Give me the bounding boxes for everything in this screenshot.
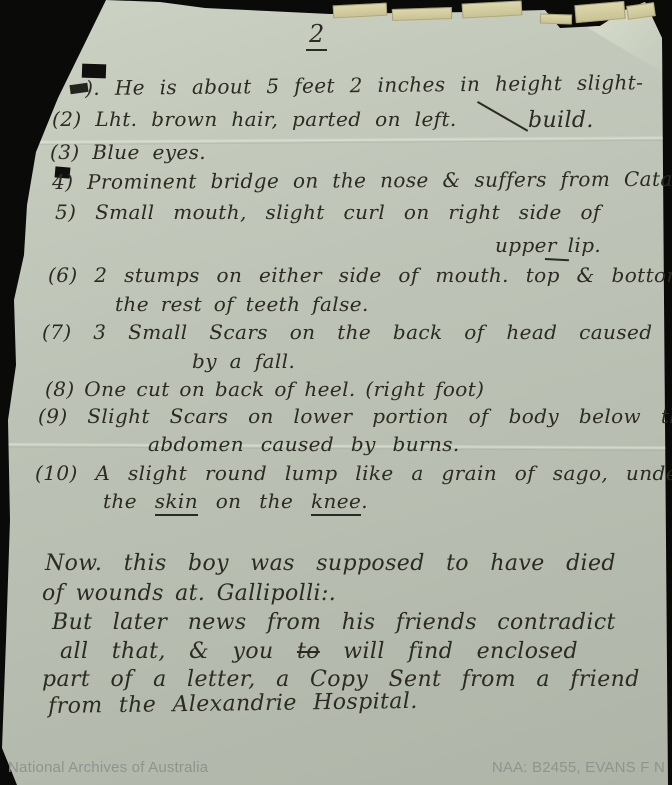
list-item-8: (8) One cut on back of heel. (right foot… xyxy=(45,377,484,401)
tape-fragment xyxy=(462,0,523,18)
scanned-document-page: 2 ). He is about 5 feet 2 inches in heig… xyxy=(0,0,672,785)
underlined-word-knee: knee xyxy=(311,489,361,516)
fragment-plain: all that, & you xyxy=(60,639,297,664)
tape-fragment xyxy=(392,7,452,21)
struck-word: to xyxy=(297,639,320,664)
list-item-4: 4) Prominent bridge on the nose & suffer… xyxy=(52,166,672,194)
list-item-10-continuation: the skin on the knee. xyxy=(103,489,368,513)
paragraph-line-3: But later news from his friends contradi… xyxy=(52,610,616,635)
list-item-9-continuation: abdomen caused by burns. xyxy=(148,432,460,456)
list-item-5: 5) Small mouth, slight curl on right sid… xyxy=(55,200,601,224)
fragment-plain: on the xyxy=(198,489,311,513)
paragraph-line-2: of wounds at. Gallipolli:. xyxy=(42,581,336,606)
list-item-2-margin-note: build. xyxy=(528,108,594,133)
fragment-plain: . xyxy=(361,489,368,513)
fragment-plain: the xyxy=(103,489,155,513)
list-item-5-continuation: upper lip. xyxy=(495,233,601,257)
list-item-10: (10) A slight round lump like a grain of… xyxy=(35,461,672,485)
paragraph-line-1: Now. this boy was supposed to have died xyxy=(45,551,616,576)
archive-reference-right: NAA: B2455, EVANS F N xyxy=(492,759,665,776)
paragraph-line-5: part of a letter, a Copy Sent from a fri… xyxy=(42,667,640,692)
list-item-6: (6) 2 stumps on either side of mouth. to… xyxy=(48,263,672,287)
paragraph-line-6: from the Alexandrie Hospital. xyxy=(48,689,418,719)
list-item-6-continuation: the rest of teeth false. xyxy=(115,292,369,316)
list-item-9: (9) Slight Scars on lower portion of bod… xyxy=(38,404,672,428)
list-item-2: (2) Lht. brown hair, parted on left. xyxy=(52,107,457,131)
paragraph-line-4: all that, & you to will find enclosed xyxy=(60,639,578,664)
archive-watermark-left: National Archives of Australia xyxy=(8,759,208,776)
page-number: 2 xyxy=(306,20,327,51)
fragment-plain: will find enclosed xyxy=(320,639,578,664)
list-item-7-continuation: by a fall. xyxy=(192,349,295,373)
list-item-7: (7) 3 Small Scars on the back of head ca… xyxy=(42,320,652,344)
list-item-3: (3) Blue eyes. xyxy=(50,140,206,164)
tape-fragment xyxy=(540,13,572,24)
underlined-word-skin: skin xyxy=(155,489,198,516)
